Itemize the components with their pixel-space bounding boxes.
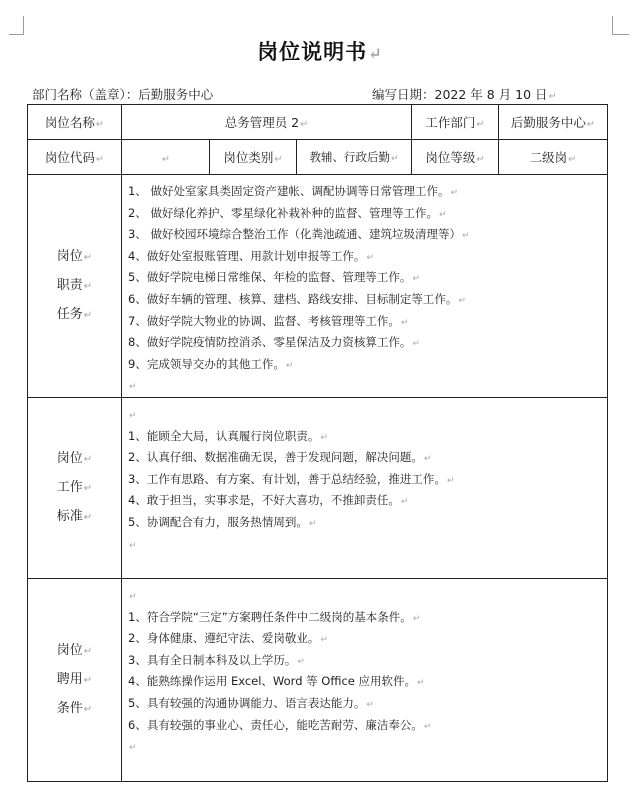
list-item: 3、 做好校园环境综合整治工作（化粪池疏通、建筑垃圾清理等）↵ [128, 224, 603, 246]
list-item: 8、做好学院疫情防控消杀、零星保洁及力资核算工作。↵ [128, 332, 603, 354]
department-value: 后勤服务中心 [138, 87, 213, 102]
section-label: 岗位↵ 聘用↵ 条件↵ [57, 636, 93, 723]
list-item: 2、 做好绿化养护、零星绿化补栽补种的监督、管理等工作。↵ [128, 203, 603, 225]
list-item: 5、协调配合有力，服务热情周到。↵ [128, 512, 603, 534]
post-name-value-cell[interactable]: 总务管理员 2↵ [122, 105, 412, 140]
list-item: 7、做好学院大物业的协调、监督、考核管理等工作。↵ [128, 311, 603, 333]
crop-mark-top-right [612, 16, 629, 35]
section-conditions-row: 岗位↵ 聘用↵ 条件↵ ↵ 1、符合学院“三定”方案聘任条件中二级岗的基本条件。… [28, 578, 608, 781]
list-item: 4、做好处室报账管理、用款计划申报等工作。↵ [128, 246, 603, 268]
section-standards-row: 岗位↵ 工作↵ 标准↵ ↵ 1、能顾全大局，认真履行岗位职责。↵ 2、认真仔细、… [28, 397, 608, 578]
section-label-cell[interactable]: 岗位↵ 聘用↵ 条件↵ [28, 578, 122, 781]
post-level-value-cell[interactable]: 二级岗↵ [499, 140, 608, 175]
empty-paragraph: ↵ [128, 375, 603, 397]
section-label-cell[interactable]: 岗位↵ 职责↵ 任务↵ [28, 175, 122, 398]
list-item: 1、 做好处室家具类固定资产建帐、调配协调等日常管理工作。↵ [128, 181, 603, 203]
section-duties-row: 岗位↵ 职责↵ 任务↵ 1、 做好处室家具类固定资产建帐、调配协调等日常管理工作… [28, 175, 608, 398]
section-content-cell[interactable]: ↵ 1、能顾全大局，认真履行岗位职责。↵ 2、认真仔细、数据准确无误，善于发现问… [122, 397, 608, 578]
date-value: 2022 年 8 月 10 日 [435, 87, 548, 102]
list-item: 9、完成领导交办的其他工作。↵ [128, 354, 603, 376]
work-dept-label-cell[interactable]: 工作部门↵ [412, 105, 499, 140]
crop-mark-top-left [9, 16, 24, 35]
post-category-label-cell[interactable]: 岗位类别↵ [210, 140, 297, 175]
list-item: 2、身体健康、遵纪守法、爱岗敬业。↵ [128, 628, 603, 650]
header-row-1: 岗位名称↵ 总务管理员 2↵ 工作部门↵ 后勤服务中心↵ [28, 105, 608, 140]
section-content-cell[interactable]: ↵ 1、符合学院“三定”方案聘任条件中二级岗的基本条件。↵ 2、身体健康、遵纪守… [122, 578, 608, 781]
work-dept-value-cell[interactable]: 后勤服务中心↵ [499, 105, 608, 140]
list-item: 3、工作有思路、有方案、有计划，善于总结经验，推进工作。↵ [128, 469, 603, 491]
list-item: 1、能顾全大局，认真履行岗位职责。↵ [128, 426, 603, 448]
section-label: 岗位↵ 工作↵ 标准↵ [57, 444, 93, 531]
post-name-label-cell[interactable]: 岗位名称↵ [28, 105, 122, 140]
list-item: 5、具有较强的沟通协调能力、语言表达能力。↵ [128, 693, 603, 715]
empty-paragraph: ↵ [128, 585, 603, 607]
section-label-cell[interactable]: 岗位↵ 工作↵ 标准↵ [28, 397, 122, 578]
department-label: 部门名称（盖章）： [32, 87, 138, 102]
list-item: 4、能熟练操作运用 Excel、Word 等 Office 应用软件。↵ [128, 671, 603, 693]
date-label: 编写日期： [372, 87, 435, 102]
list-item: 4、敢于担当，实事求是，不好大喜功，不推卸责任。↵ [128, 490, 603, 512]
post-code-label-cell[interactable]: 岗位代码↵ [28, 140, 122, 175]
post-code-value-cell[interactable]: ↵ [122, 140, 210, 175]
section-content-cell[interactable]: 1、 做好处室家具类固定资产建帐、调配协调等日常管理工作。↵ 2、 做好绿化养护… [122, 175, 608, 398]
header-row-2: 岗位代码↵ ↵ 岗位类别↵ 教辅、行政后勤↵ 岗位等级↵ 二级岗↵ [28, 140, 608, 175]
empty-paragraph: ↵ [128, 404, 603, 426]
department-line: 部门名称（盖章）：后勤服务中心 [32, 85, 213, 103]
empty-paragraph: ↵ [128, 736, 603, 758]
list-item: 3、具有全日制本科及以上学历。↵ [128, 650, 603, 672]
document-title: 岗位说明书↵ [0, 36, 640, 66]
list-item: 6、具有较强的事业心、责任心，能吃苦耐劳、廉洁奉公。↵ [128, 715, 603, 737]
list-item: 6、做好车辆的管理、核算、建档、路线安排、目标制定等工作。↵ [128, 289, 603, 311]
post-category-value-cell[interactable]: 教辅、行政后勤↵ [297, 140, 412, 175]
list-item: 1、符合学院“三定”方案聘任条件中二级岗的基本条件。↵ [128, 607, 603, 629]
empty-paragraph: ↵ [128, 534, 603, 556]
section-label: 岗位↵ 职责↵ 任务↵ [57, 242, 93, 329]
job-description-table: 岗位名称↵ 总务管理员 2↵ 工作部门↵ 后勤服务中心↵ 岗位代码↵ ↵ 岗位类… [27, 104, 608, 782]
list-item: 5、做好学院电梯日常维保、年检的监督、管理等工作。↵ [128, 267, 603, 289]
list-item: 2、认真仔细、数据准确无误，善于发现问题，解决问题。↵ [128, 447, 603, 469]
post-level-label-cell[interactable]: 岗位等级↵ [412, 140, 499, 175]
date-line: 编写日期：2022 年 8 月 10 日↵ [372, 85, 557, 103]
